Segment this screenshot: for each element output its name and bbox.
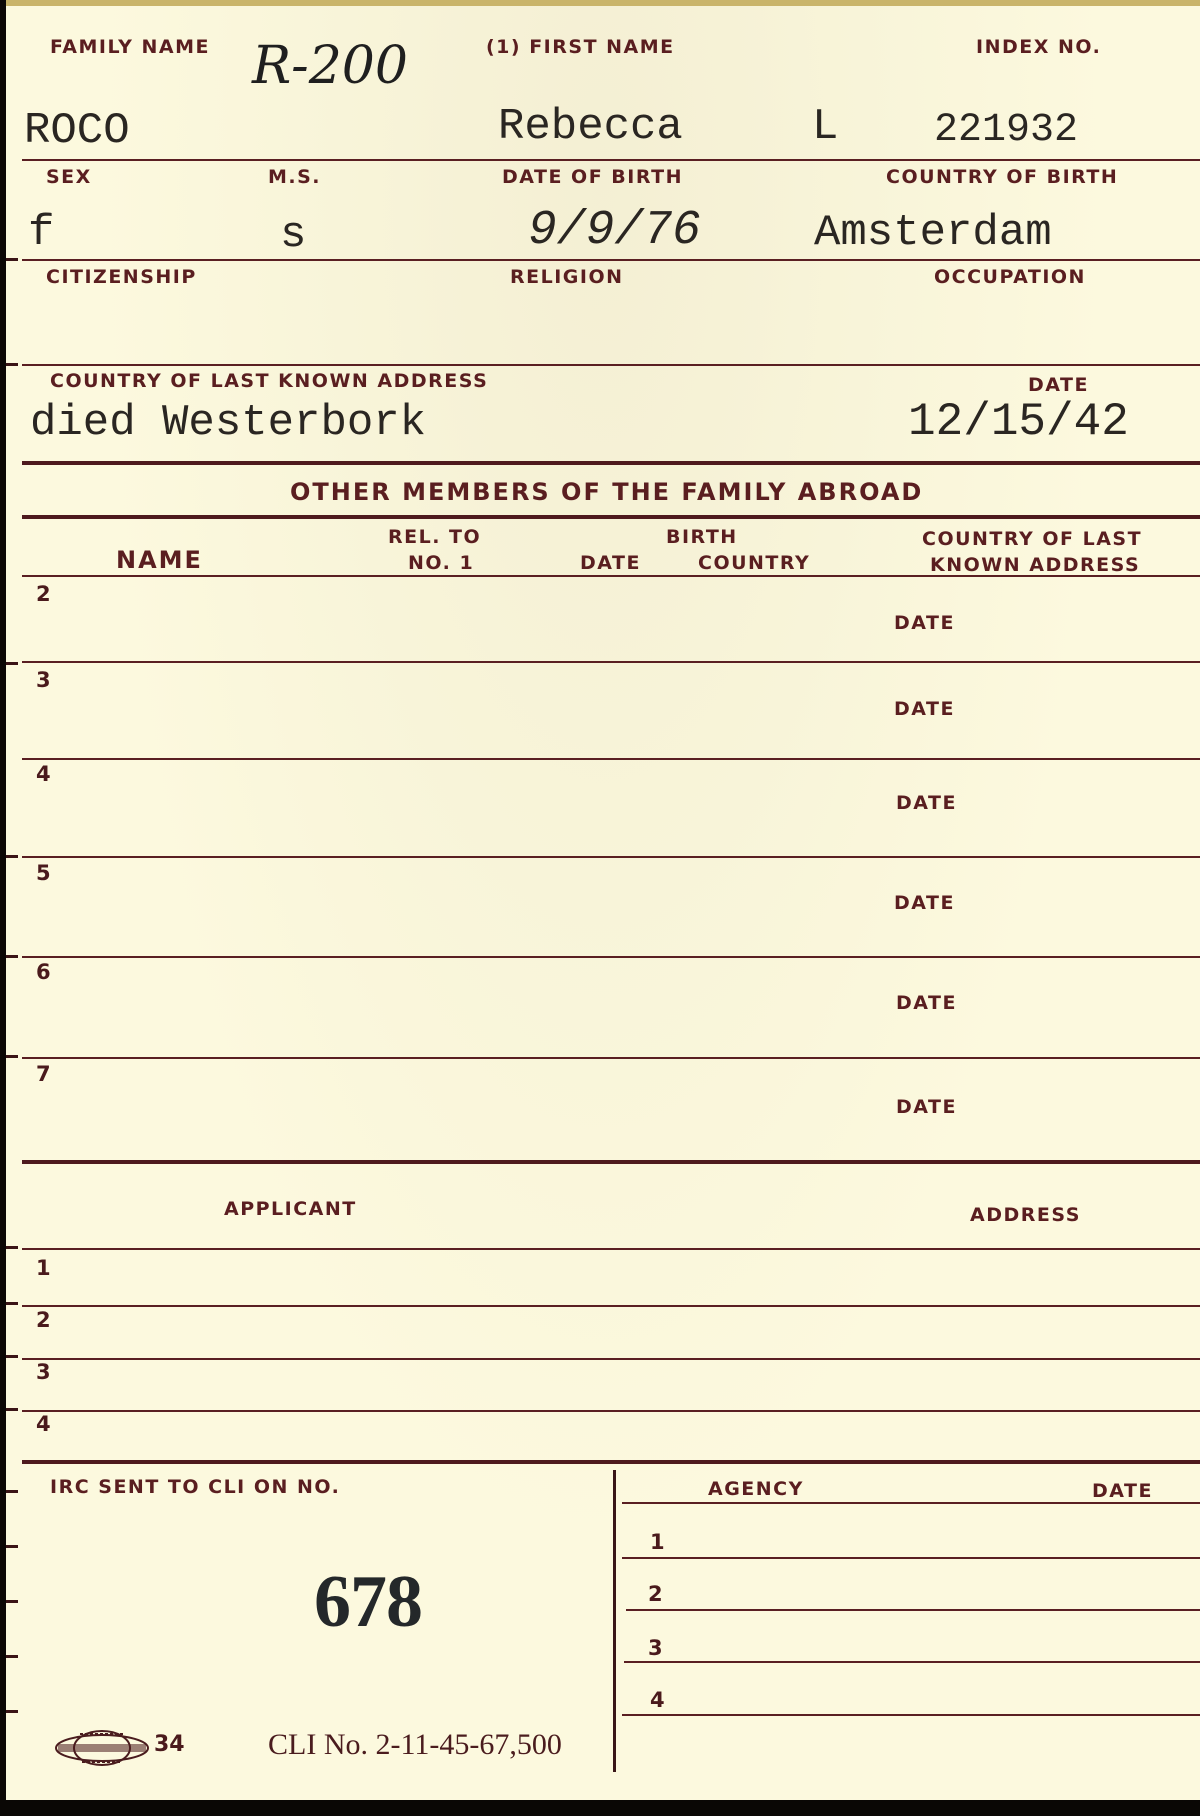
divider	[22, 1057, 1200, 1059]
index-no-label: INDEX NO.	[976, 36, 1101, 58]
country-of-birth-value: Amsterdam	[814, 208, 1052, 258]
last-address-value: died Westerbork	[30, 398, 426, 448]
agency-date-label: DATE	[1092, 1480, 1153, 1502]
edge-tick	[6, 1246, 18, 1249]
divider	[22, 956, 1200, 958]
last-address-date-label: DATE	[1028, 374, 1089, 396]
agency-label: AGENCY	[708, 1478, 804, 1500]
family-row-date-label: DATE	[896, 792, 957, 814]
sex-label: SEX	[46, 166, 92, 188]
card-bottom-edge	[0, 1800, 1200, 1816]
family-row-date-label: DATE	[894, 612, 955, 634]
col-birth-date-header: DATE	[580, 552, 641, 574]
family-row-date-label: DATE	[896, 992, 957, 1014]
ms-label: M.S.	[268, 166, 321, 188]
family-name-value: ROCO	[24, 106, 130, 156]
col-rel-header-line1: REL. TO	[388, 526, 481, 548]
divider	[622, 1502, 1200, 1504]
dob-label: DATE OF BIRTH	[502, 166, 683, 188]
edge-tick	[6, 1490, 18, 1493]
family-row-number: 3	[36, 668, 51, 692]
divider	[22, 856, 1200, 858]
family-abroad-title: OTHER MEMBERS OF THE FAMILY ABROAD	[290, 478, 923, 506]
edge-tick	[6, 1600, 18, 1603]
divider	[22, 1410, 1200, 1412]
divider	[22, 661, 1200, 663]
union-label-number: 34	[154, 1732, 185, 1757]
col-birth-header: BIRTH	[666, 526, 738, 548]
handwritten-code: R-200	[252, 36, 408, 96]
last-address-label: COUNTRY OF LAST KNOWN ADDRESS	[50, 370, 488, 392]
applicant-row-number: 4	[36, 1412, 51, 1436]
family-row-date-label: DATE	[896, 1096, 957, 1118]
col-rel-header-line2: NO. 1	[408, 552, 474, 574]
divider-thick	[22, 1160, 1200, 1164]
divider	[626, 1609, 1200, 1611]
irc-label: IRC SENT TO CLI ON NO.	[50, 1476, 340, 1498]
edge-tick	[6, 955, 18, 958]
divider	[624, 1661, 1200, 1663]
col-address-header-line2: KNOWN ADDRESS	[930, 554, 1140, 576]
family-row-number: 4	[36, 762, 51, 786]
middle-initial-value: L	[812, 102, 838, 152]
occupation-label: OCCUPATION	[934, 266, 1086, 288]
divider	[22, 259, 1200, 261]
agency-row-number: 3	[648, 1636, 663, 1660]
edge-tick	[6, 1408, 18, 1411]
sex-value: f	[28, 208, 54, 258]
divider-thick	[22, 515, 1200, 519]
edge-tick	[6, 662, 18, 665]
family-row-number: 7	[36, 1062, 51, 1086]
family-row-date-label: DATE	[894, 698, 955, 720]
edge-tick	[6, 855, 18, 858]
edge-tick	[6, 363, 18, 366]
edge-tick	[6, 258, 18, 261]
applicant-row-number: 2	[36, 1308, 51, 1332]
edge-tick	[6, 1302, 18, 1305]
applicant-label: APPLICANT	[224, 1198, 357, 1220]
divider-thick	[22, 461, 1200, 465]
edge-tick	[6, 1055, 18, 1058]
family-row-number: 2	[36, 582, 51, 606]
union-label-icon	[54, 1728, 150, 1768]
divider	[622, 1557, 1200, 1559]
divider	[22, 1358, 1200, 1360]
divider	[22, 1248, 1200, 1250]
index-no-value: 221932	[934, 108, 1078, 153]
edge-tick	[6, 1655, 18, 1658]
citizenship-label: CITIZENSHIP	[46, 266, 197, 288]
col-address-header-line1: COUNTRY OF LAST	[922, 528, 1142, 550]
form-number: CLI No. 2-11-45-67,500	[268, 1728, 562, 1762]
country-of-birth-label: COUNTRY OF BIRTH	[886, 166, 1118, 188]
agency-row-number: 1	[650, 1530, 665, 1554]
edge-tick	[6, 1710, 18, 1713]
irc-number: 678	[314, 1560, 422, 1645]
applicant-row-number: 3	[36, 1360, 51, 1384]
family-row-date-label: DATE	[894, 892, 955, 914]
address-label: ADDRESS	[970, 1204, 1081, 1226]
family-row-number: 6	[36, 960, 51, 984]
edge-tick	[6, 1355, 18, 1358]
divider	[22, 575, 1200, 577]
agency-row-number: 2	[648, 1582, 663, 1606]
first-name-value: Rebecca	[498, 102, 683, 152]
vertical-divider	[613, 1470, 616, 1772]
col-birth-country-header: COUNTRY	[698, 552, 810, 574]
divider-thick	[22, 1460, 1200, 1464]
edge-tick	[6, 1545, 18, 1548]
col-name-header: NAME	[116, 546, 203, 574]
card-top-edge	[6, 0, 1200, 6]
divider	[22, 758, 1200, 760]
dob-value: 9/9/76	[528, 204, 701, 258]
family-row-number: 5	[36, 861, 51, 885]
last-address-date-value: 12/15/42	[908, 396, 1129, 448]
family-name-label: FAMILY NAME	[50, 36, 210, 58]
divider	[22, 364, 1200, 366]
divider	[22, 1305, 1200, 1307]
divider	[622, 1714, 1200, 1716]
religion-label: RELIGION	[510, 266, 624, 288]
divider	[22, 159, 1200, 161]
first-name-label: (1) FIRST NAME	[486, 36, 675, 58]
ms-value: s	[280, 210, 306, 260]
agency-row-number: 4	[650, 1688, 665, 1712]
applicant-row-number: 1	[36, 1256, 51, 1280]
